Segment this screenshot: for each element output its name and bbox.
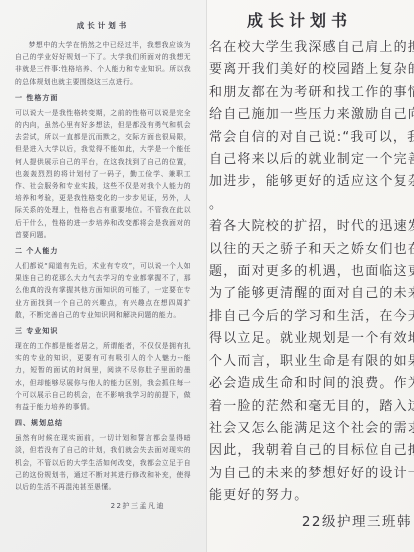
handwriting-line: 能更好的努力。: [209, 485, 414, 507]
scanned-document: 成长计划书 梦想中的大学在悄然之中已经过半，我想我应该为自己的学业好好规划一下了…: [0, 0, 414, 552]
handwriting-line: 社会又怎么能满足这个社会的需求: [209, 418, 414, 440]
handwriting-line: 和朋友都在为考研和找工作的事情: [209, 82, 414, 104]
handwriting-line: 得以立足。就业规划是一个有效地: [209, 328, 414, 350]
section-heading-knowledge: 三 专业知识: [15, 326, 191, 336]
handwriting-line: 题，面对更多的机遇，也面临这更: [209, 261, 414, 283]
handwriting-line: 要离开我们美好的校园踏上复杂的: [209, 59, 414, 81]
handwriting-line: 给自己施加一些压力来激励自己向: [209, 104, 414, 126]
right-page: 成长计划书 名在校大学生我深感自己肩上的担 要离开我们美好的校园踏上复杂的 和朋…: [207, 0, 414, 552]
section-body-knowledge: 现在的工作都是能者居之，所谓能者，不仅仅是拥有扎实的专业的知识，更要有可有吸引人…: [15, 340, 191, 413]
handwriting-line: 着一脸的茫然和毫无目的，踏入这: [209, 396, 414, 418]
handwriting-line: 为自己的未来的梦想好好的设计一: [209, 463, 414, 485]
handwriting-line: 因此，我朝着自己的目标位自己拟: [209, 440, 414, 462]
section-body-character: 可以说大一是我性格转变期，之前的性格可以说是完全的内向，虽然心里有好多想法，但是…: [15, 107, 191, 241]
section-heading-summary: 四、规划总结: [15, 418, 191, 428]
right-page-title: 成长计划书: [247, 8, 414, 31]
handwriting-line: 。: [209, 194, 414, 216]
handwriting-line: 名在校大学生我深感自己肩上的担: [209, 37, 414, 59]
handwriting-line: 加进步，能够更好的适应这个复杂: [209, 171, 414, 193]
left-page-title: 成长计划书: [15, 20, 191, 31]
handwriting-line: 排自己今后的学习和生活，在今天: [209, 306, 414, 328]
handwriting-line: 着各大院校的扩招，时代的迅速发展: [209, 216, 414, 238]
section-heading-character: 一 性格方面: [15, 93, 191, 103]
handwriting-line: 以往的天之骄子和天之娇女们也在: [209, 239, 414, 261]
left-page-signature: 22护三孟凡迪: [15, 501, 165, 511]
handwriting-line: 自己将来以后的就业制定一个完善: [209, 149, 414, 171]
left-page-intro: 梦想中的大学在悄然之中已经过半，我想我应该为自己的学业好好规划一下了。大学我们所…: [15, 39, 191, 88]
handwriting-line: 必会造成生命和时间的浪费。作为: [209, 373, 414, 395]
left-page: 成长计划书 梦想中的大学在悄然之中已经过半，我想我应该为自己的学业好好规划一下了…: [0, 0, 207, 552]
section-body-ability: 人们都说“闻道有先后，术业有专攻”，可以说一个人如果连自己的花那么大力气去学习的…: [15, 260, 191, 321]
handwriting-line: 为了能够更清醒的面对自己的未来: [209, 283, 414, 305]
right-page-signature: 22级护理三班韩: [209, 510, 414, 530]
handwriting-line: 常会自信的对自己说:“我可以，我: [209, 127, 414, 149]
handwriting-line: 个人而言，职业生命是有限的如果: [209, 351, 414, 373]
section-body-summary: 虽然有时候在现实面前，一切计划和誓言都会显得暗淡，但若没有了自己的计划，我们就会…: [15, 432, 191, 493]
section-heading-ability: 二 个人能力: [15, 246, 191, 256]
